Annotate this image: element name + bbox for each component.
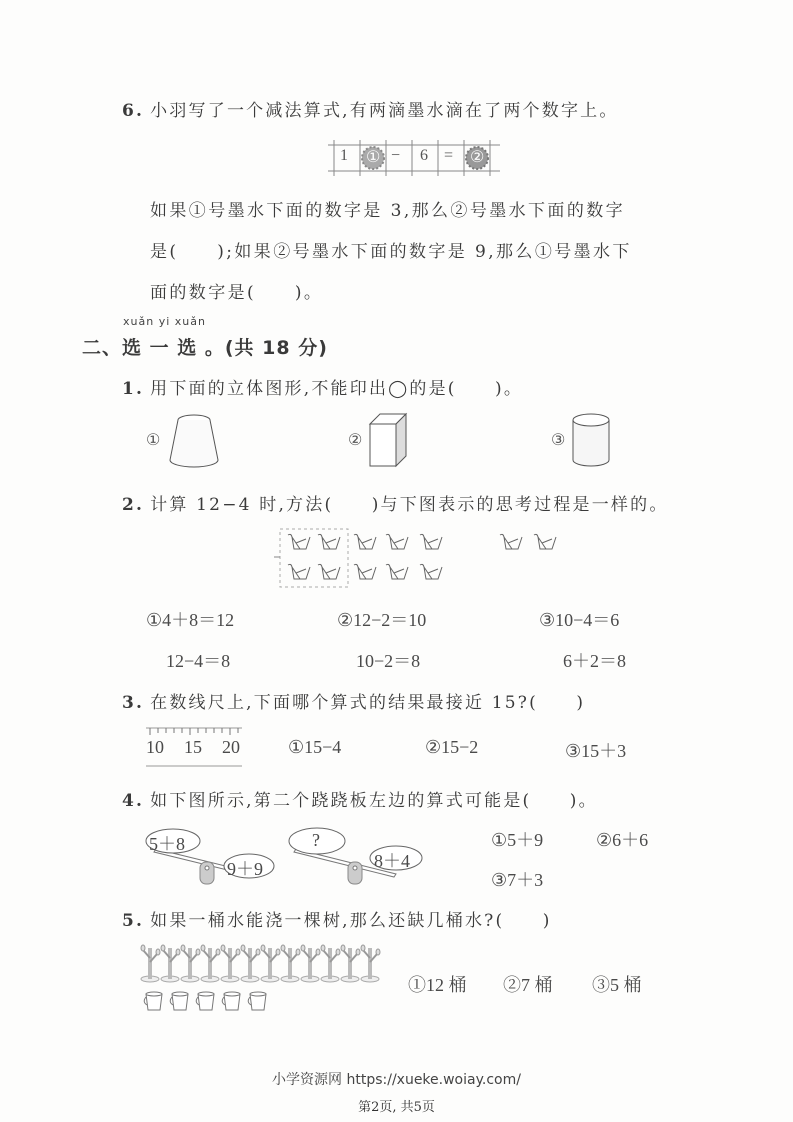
q5-option-3[interactable]: ③5 桶 [592, 971, 642, 997]
q6-line3: 面的数字是( )。 [150, 278, 323, 303]
q6-number: 6. [122, 101, 144, 121]
q3-stem-text: 在数线尺上,下面哪个算式的结果最接近 15?( ) [150, 693, 585, 713]
q2-option-1-sub: 12−4＝8 [166, 647, 230, 673]
ruler-label-20: 20 [222, 737, 240, 758]
option-label: ③ [551, 430, 565, 450]
ink-drop-2-icon: ② [470, 147, 484, 167]
q2-option-1[interactable]: ①4＋8＝12 [146, 606, 234, 632]
cuboid-icon [368, 412, 410, 470]
frustum-icon [168, 412, 220, 470]
eq-equals: = [444, 147, 453, 165]
option-label: ② [348, 430, 362, 450]
q2-option-3-sub: 6＋2＝8 [563, 647, 626, 673]
q3-option-3[interactable]: ③15＋3 [565, 737, 626, 763]
eq-minus: − [391, 147, 400, 165]
q1-stem: 1.用下面的立体图形,不能印出◯的是( )。 [122, 374, 523, 399]
eq-cell-6: 6 [420, 147, 428, 165]
q1-number: 1. [122, 379, 144, 399]
q6-stem-text: 小羽写了一个减法算式,有两滴墨水滴在了两个数字上。 [150, 101, 618, 121]
number-ruler: 10 15 20 [144, 725, 244, 769]
trees-buckets-figure [140, 942, 400, 1018]
section-title: 二、选 一 选 。(共 18 分) [82, 333, 328, 360]
q4-stem: 4.如下图所示,第二个跷跷板左边的算式可能是( )。 [122, 786, 598, 811]
q5-stem: 5.如果一桶水能浇一棵树,那么还缺几桶水?( ) [122, 906, 552, 931]
q2-option-2[interactable]: ②12−2＝10 [337, 606, 426, 632]
q6-line1: 如果①号墨水下面的数字是 3,那么②号墨水下面的数字 [150, 196, 625, 221]
cylinder-icon [571, 412, 611, 470]
q2-option-3[interactable]: ③10−4＝6 [539, 606, 619, 632]
q4-option-3[interactable]: ③7＋3 [491, 866, 543, 892]
q5-number: 5. [122, 911, 144, 931]
q6-line2: 是( );如果②号墨水下面的数字是 9,那么①号墨水下 [150, 237, 632, 262]
ink-equation-grid: 1 ① − 6 = ② [328, 140, 500, 176]
seesaw2-left: ? [312, 830, 320, 851]
crane-figure [274, 527, 574, 591]
seesaw-figure: 5＋8 9＋9 ? 8＋4 [140, 824, 430, 890]
q3-option-1[interactable]: ①15−4 [288, 737, 341, 758]
ink-drop-1-icon: ① [366, 147, 380, 167]
crane-group-icon [274, 527, 574, 591]
q4-stem-text: 如下图所示,第二个跷跷板左边的算式可能是( )。 [150, 791, 598, 811]
q3-stem: 3.在数线尺上,下面哪个算式的结果最接近 15?( ) [122, 688, 585, 713]
q3-option-2[interactable]: ②15−2 [425, 737, 478, 758]
q6-stem: 6.小羽写了一个减法算式,有两滴墨水滴在了两个数字上。 [122, 96, 619, 121]
q2-stem-text: 计算 12−4 时,方法( )与下图表示的思考过程是一样的。 [150, 495, 668, 515]
q4-number: 4. [122, 791, 144, 811]
q3-number: 3. [122, 693, 144, 713]
trees-icon [140, 942, 400, 1018]
footer-site: 小学资源网 https://xueke.woiay.com/ [0, 1069, 793, 1089]
option-label: ① [146, 430, 160, 450]
ruler-label-15: 15 [184, 737, 202, 758]
q5-stem-text: 如果一桶水能浇一棵树,那么还缺几桶水?( ) [150, 911, 551, 931]
q2-option-2-sub: 10−2＝8 [356, 647, 420, 673]
q1-stem-text: 用下面的立体图形,不能印出◯的是( )。 [150, 379, 523, 399]
ruler-label-10: 10 [146, 737, 164, 758]
q2-stem: 2.计算 12−4 时,方法( )与下图表示的思考过程是一样的。 [122, 490, 669, 515]
seesaw2-right: 8＋4 [374, 847, 410, 873]
q4-option-1[interactable]: ①5＋9 [491, 826, 543, 852]
page-number: 第2页, 共5页 [0, 1096, 793, 1115]
q4-option-2[interactable]: ②6＋6 [596, 826, 648, 852]
q2-number: 2. [122, 495, 144, 515]
q5-option-2[interactable]: ②7 桶 [503, 971, 553, 997]
q5-option-1[interactable]: ①12 桶 [408, 971, 467, 997]
seesaw1-left: 5＋8 [149, 830, 185, 856]
eq-cell-1: 1 [340, 147, 348, 165]
section-pinyin: xuǎn yi xuǎn [123, 315, 206, 328]
seesaw1-right: 9＋9 [227, 855, 263, 881]
